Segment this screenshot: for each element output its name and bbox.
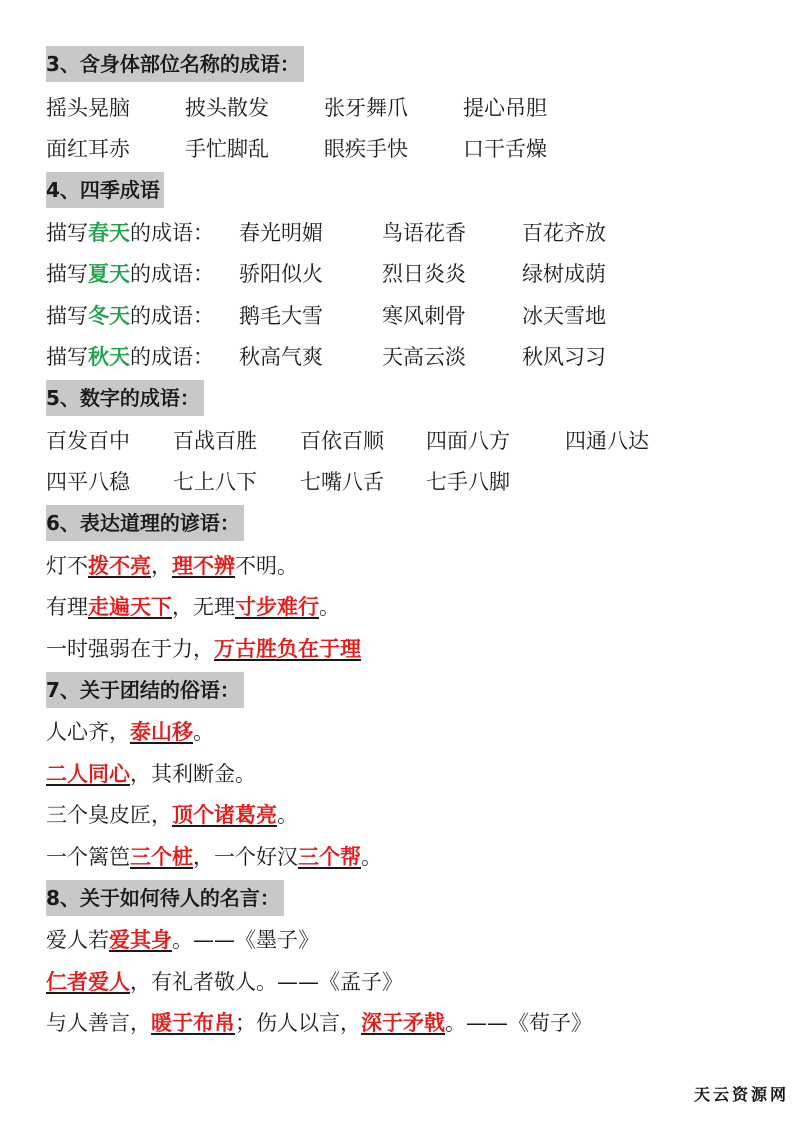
plain-text: 有理	[46, 595, 88, 619]
idiom: 秋风习习	[522, 342, 606, 372]
idiom: 骄阳似火	[239, 259, 323, 289]
idiom: 天高云淡	[382, 342, 466, 372]
highlight-text: 泰山移	[130, 720, 193, 744]
section-4-heading: 4、四季成语	[46, 172, 164, 208]
idiom: 提心吊胆	[463, 93, 547, 123]
plain-text: ；伤人以言，	[235, 1011, 361, 1035]
plain-text: 。	[193, 720, 214, 744]
quote-line: 爱人若爱其身。——《墨子》	[46, 925, 319, 955]
idiom: 寒风刺骨	[382, 301, 466, 331]
plain-text: 爱人若	[46, 928, 109, 952]
idiom: 冰天雪地	[522, 301, 606, 331]
season-label: 描写秋天的成语：	[46, 342, 214, 372]
plain-text: ，一个好汉	[193, 845, 298, 869]
season-label: 描写春天的成语：	[46, 218, 214, 248]
idiom: 百发百中	[46, 426, 130, 456]
plain-text: 三个臭皮匠，	[46, 803, 172, 827]
quote-line: 与人善言，暖于布帛；伤人以言，深于矛戟。——《荀子》	[46, 1008, 592, 1038]
saying-line: 一时强弱在于力，万古胜负在于理	[46, 634, 361, 664]
saying-line: 二人同心，其利断金。	[46, 759, 256, 789]
idiom: 鸟语花香	[382, 218, 466, 248]
section-3-heading: 3、含身体部位名称的成语：	[46, 46, 304, 82]
plain-text: 。	[361, 845, 382, 869]
idiom: 披头散发	[185, 93, 269, 123]
highlight-text: 走遍天下	[88, 595, 172, 619]
plain-text: 一个篱笆	[46, 845, 130, 869]
idiom: 鹅毛大雪	[239, 301, 323, 331]
idiom: 四面八方	[426, 426, 510, 456]
highlight-text: 寸步难行	[235, 595, 319, 619]
highlight-text: 拨不亮	[88, 554, 151, 578]
quote-line: 仁者爱人，有礼者敬人。——《孟子》	[46, 967, 403, 997]
idiom: 百依百顺	[300, 426, 384, 456]
plain-text: 。	[277, 803, 298, 827]
idiom: 张牙舞爪	[324, 93, 408, 123]
highlight-text: 爱其身	[109, 928, 172, 952]
season-label: 描写冬天的成语：	[46, 301, 214, 331]
saying-line: 人心齐，泰山移。	[46, 717, 214, 747]
idiom: 手忙脚乱	[185, 134, 269, 164]
plain-text: 。——《墨子》	[172, 928, 319, 952]
highlight-text: 三个桩	[130, 845, 193, 869]
plain-text: ，有礼者敬人。——《孟子》	[130, 970, 403, 994]
idiom: 摇头晃脑	[46, 93, 130, 123]
idiom: 七嘴八舌	[300, 467, 384, 497]
plain-text: ，其利断金。	[130, 762, 256, 786]
highlight-text: 深于矛戟	[361, 1011, 445, 1035]
plain-text: 一时强弱在于力，	[46, 637, 214, 661]
highlight-text: 二人同心	[46, 762, 130, 786]
plain-text: 。	[319, 595, 340, 619]
highlight-text: 理不辨	[172, 554, 235, 578]
saying-line: 三个臭皮匠，顶个诸葛亮。	[46, 800, 298, 830]
watermark: 天云资源网	[694, 1082, 789, 1105]
plain-text: 不明。	[235, 554, 298, 578]
plain-text: ，无理	[172, 595, 235, 619]
plain-text: 。——《荀子》	[445, 1011, 592, 1035]
idiom: 百战百胜	[173, 426, 257, 456]
section-6-heading: 6、表达道理的谚语：	[46, 505, 244, 541]
plain-text: 与人善言，	[46, 1011, 151, 1035]
plain-text: 人心齐，	[46, 720, 130, 744]
highlight-text: 暖于布帛	[151, 1011, 235, 1035]
idiom: 绿树成荫	[522, 259, 606, 289]
idiom: 口干舌燥	[463, 134, 547, 164]
idiom: 面红耳赤	[46, 134, 130, 164]
season-name: 夏天	[88, 262, 130, 286]
idiom: 四平八稳	[46, 467, 130, 497]
highlight-text: 三个帮	[298, 845, 361, 869]
idiom: 百花齐放	[522, 218, 606, 248]
plain-text: 灯不	[46, 554, 88, 578]
idiom: 秋高气爽	[239, 342, 323, 372]
section-8-heading: 8、关于如何待人的名言：	[46, 880, 284, 916]
season-label: 描写夏天的成语：	[46, 259, 214, 289]
highlight-text: 顶个诸葛亮	[172, 803, 277, 827]
highlight-text: 万古胜负在于理	[214, 637, 361, 661]
season-name: 秋天	[88, 345, 130, 369]
section-5-heading: 5、数字的成语：	[46, 380, 204, 416]
season-name: 冬天	[88, 304, 130, 328]
idiom: 烈日炎炎	[382, 259, 466, 289]
idiom: 四通八达	[565, 426, 649, 456]
saying-line: 灯不拨不亮，理不辨不明。	[46, 551, 298, 581]
highlight-text: 仁者爱人	[46, 970, 130, 994]
saying-line: 有理走遍天下，无理寸步难行。	[46, 592, 340, 622]
saying-line: 一个篱笆三个桩，一个好汉三个帮。	[46, 842, 382, 872]
season-name: 春天	[88, 221, 130, 245]
idiom: 七手八脚	[426, 467, 510, 497]
idiom: 春光明媚	[239, 218, 323, 248]
idiom: 七上八下	[173, 467, 257, 497]
section-7-heading: 7、关于团结的俗语：	[46, 672, 244, 708]
idiom: 眼疾手快	[324, 134, 408, 164]
plain-text: ，	[151, 554, 172, 578]
